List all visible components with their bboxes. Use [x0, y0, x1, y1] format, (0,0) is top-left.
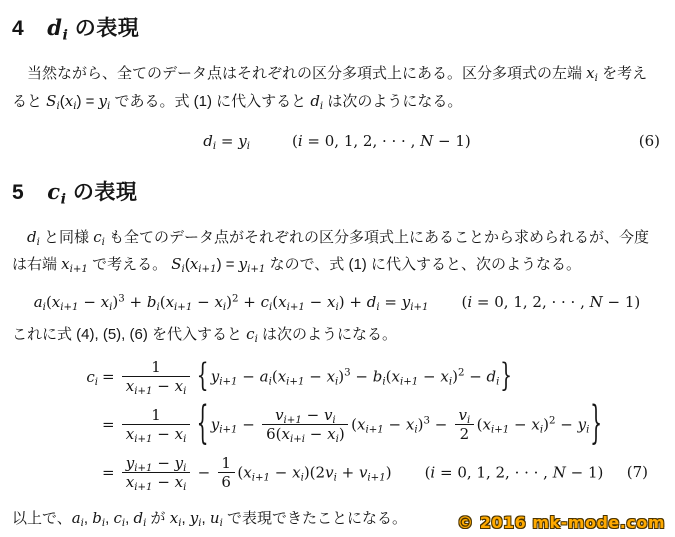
section-4-heading: 4di の表現: [12, 12, 662, 42]
equation-7-tag: (7): [627, 463, 648, 481]
equation-7-line-2-rhs: = 1xi+1 − xi{yi+1 − vi+1 − vi6(xi+i − xi…: [102, 406, 603, 445]
document-page: 4di の表現 当然ながら、全てのデータ点はそれぞれの区分多項式上にある。区分多…: [0, 0, 675, 537]
copyright-watermark: © 2016 mk-mode.com: [457, 513, 665, 532]
equation-7-line-1: ci = 1xi+1 − xi{yi+1 − ai(xi+1 − xi)3 − …: [74, 355, 662, 399]
equation-7-line-2: = 1xi+1 − xi{yi+1 − vi+1 − vi6(xi+i − xi…: [74, 399, 662, 451]
section-5-heading: 5ci の表現: [12, 176, 662, 206]
equation-6-tag: (6): [639, 132, 660, 150]
equation-7-line-3-rhs: = yi+1 − yixi+1 − xi − 16(xi+1 − xi)(2vi…: [102, 454, 603, 493]
section-4-paragraph: 当然ながら、全てのデータ点はそれぞれの区分多項式上にある。区分多項式の左端 xi…: [12, 60, 662, 116]
equation-6: di = yi(i = 0, 1, 2, · · · , N − 1) (6): [12, 132, 662, 150]
equation-7-line-1-lhs: ci: [74, 368, 98, 386]
section-5-paragraph-1: di と同様 ci も全てのデータ点がそれぞれの区分多項式上にあることから求めら…: [12, 224, 662, 280]
equation-7-line-1-rhs: = 1xi+1 − xi{yi+1 − ai(xi+1 − xi)3 − bi(…: [102, 358, 513, 397]
equation-unnumbered: ai(xi+1 − xi)3 + bi(xi+1 − xi)2 + ci(xi+…: [12, 293, 662, 311]
equation-7-line-3: = yi+1 − yixi+1 − xi − 16(xi+1 − xi)(2vi…: [74, 451, 662, 495]
section-5-paragraph-2: これに式 (4), (5), (6) を代入すると ci は次のようになる。: [12, 321, 662, 349]
equation-7: ci = 1xi+1 − xi{yi+1 − ai(xi+1 − xi)3 − …: [74, 355, 662, 495]
equation-unnumbered-body: ai(xi+1 − xi)3 + bi(xi+1 − xi)2 + ci(xi+…: [34, 293, 641, 311]
equation-6-body: di = yi(i = 0, 1, 2, · · · , N − 1): [203, 132, 471, 150]
